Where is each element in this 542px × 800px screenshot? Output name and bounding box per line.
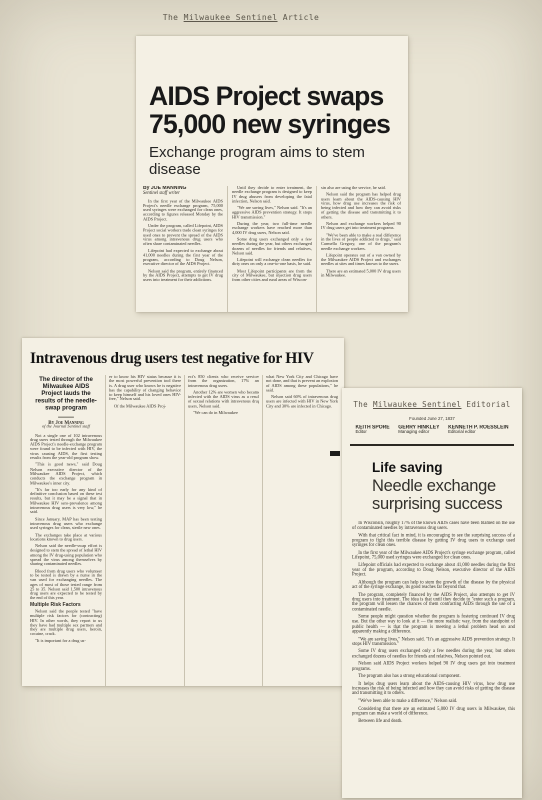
second-column-3-text: ect's 850 clients who receive services f… (188, 375, 260, 416)
second-article-standfirst: The director of the Milwaukee AIDS Proje… (30, 375, 102, 411)
ink-mark (330, 451, 340, 456)
second-column-1-text-continued: Nelson said the people tested "have mult… (30, 610, 102, 644)
second-column-1-text: Not a single one of 102 intravenous drug… (30, 434, 102, 601)
editor-block: GERRY HINKLEY Managing editor (398, 425, 439, 434)
caption-suffix: Editorial (466, 400, 510, 409)
main-column-1-text: In the first year of the Milwaukee AIDS … (143, 199, 223, 283)
main-article-clipping: AIDS Project swaps 75,000 new syringes E… (136, 36, 408, 312)
editor-title: Editorial editor (448, 430, 508, 434)
second-column-2-text: er to know his HIV status because it is … (109, 375, 181, 409)
newspaper-scan-page: The Milwaukee Sentinel Article AIDS Proj… (0, 0, 542, 800)
editorial-page-caption: The Milwaukee Sentinel Editorial (342, 400, 522, 409)
main-column-3: sin also are using the service, he said.… (316, 186, 401, 312)
main-column-3-text: sin also are using the service, he said.… (321, 186, 401, 278)
editorial-headline: Needle exchange surprising success (372, 477, 522, 513)
editor-title: Editor (355, 430, 389, 434)
second-article-columns: The director of the Milwaukee AIDS Proje… (30, 375, 338, 686)
caption-paper-name: Milwaukee Sentinel (184, 13, 278, 22)
editor-title: Managing editor (398, 430, 439, 434)
second-article-byline-title: of the Journal Sentinel staff (30, 425, 102, 430)
main-article-columns: By JOE MANNING Sentinel staff writer In … (143, 186, 402, 312)
caption-paper-name: Milwaukee Sentinel (373, 400, 461, 409)
main-column-2-text: Until they decide to enter treatment, th… (232, 186, 312, 283)
caption-prefix: The (353, 400, 368, 409)
masthead-founded-date: Founded June 27, 1837 (367, 417, 497, 421)
main-column-2: Until they decide to enter treatment, th… (227, 186, 312, 312)
second-article-headline: Intravenous drug users test negative for… (30, 350, 344, 368)
second-article-subhead: Multiple Risk Factors (30, 603, 102, 608)
editor-block: KEITH SPORE Editor (355, 425, 389, 434)
second-column-2: er to know his HIV status because it is … (105, 375, 181, 686)
editorial-body-text: In Wisconsin, roughly 17% of the known A… (352, 521, 515, 724)
second-column-4-text: what New York City and Chicago have not … (266, 375, 338, 409)
second-column-3: ect's 850 clients who receive services f… (184, 375, 260, 686)
editor-block: KENNETH P. ROESSLEIN Editorial editor (448, 425, 508, 434)
main-subhead: Exchange program aims to stem disease (149, 144, 408, 178)
masthead-editors: KEITH SPORE Editor GERRY HINKLEY Managin… (344, 425, 520, 434)
main-headline-line2: 75,000 new syringes (149, 110, 408, 138)
caption-prefix: The (163, 13, 179, 22)
main-headline-line1: AIDS Project swaps (149, 82, 408, 110)
caption-suffix: Article (283, 13, 320, 22)
editorial-clipping: The Milwaukee Sentinel Editorial Founded… (342, 388, 522, 798)
second-column-1: The director of the Milwaukee AIDS Proje… (30, 375, 102, 686)
editorial-kicker: Life saving (372, 460, 522, 475)
main-column-1: By JOE MANNING Sentinel staff writer In … (143, 186, 223, 312)
masthead-rule (350, 444, 514, 446)
editorial-body: In Wisconsin, roughly 17% of the known A… (352, 521, 515, 771)
byline-rule (58, 417, 74, 418)
main-headline: AIDS Project swaps 75,000 new syringes (149, 82, 408, 138)
main-byline-title: Sentinel staff writer (143, 191, 223, 196)
second-column-4: what New York City and Chicago have not … (262, 375, 338, 686)
second-article-clipping: Intravenous drug users test negative for… (22, 338, 344, 686)
article-page-caption: The Milwaukee Sentinel Article (96, 13, 386, 22)
